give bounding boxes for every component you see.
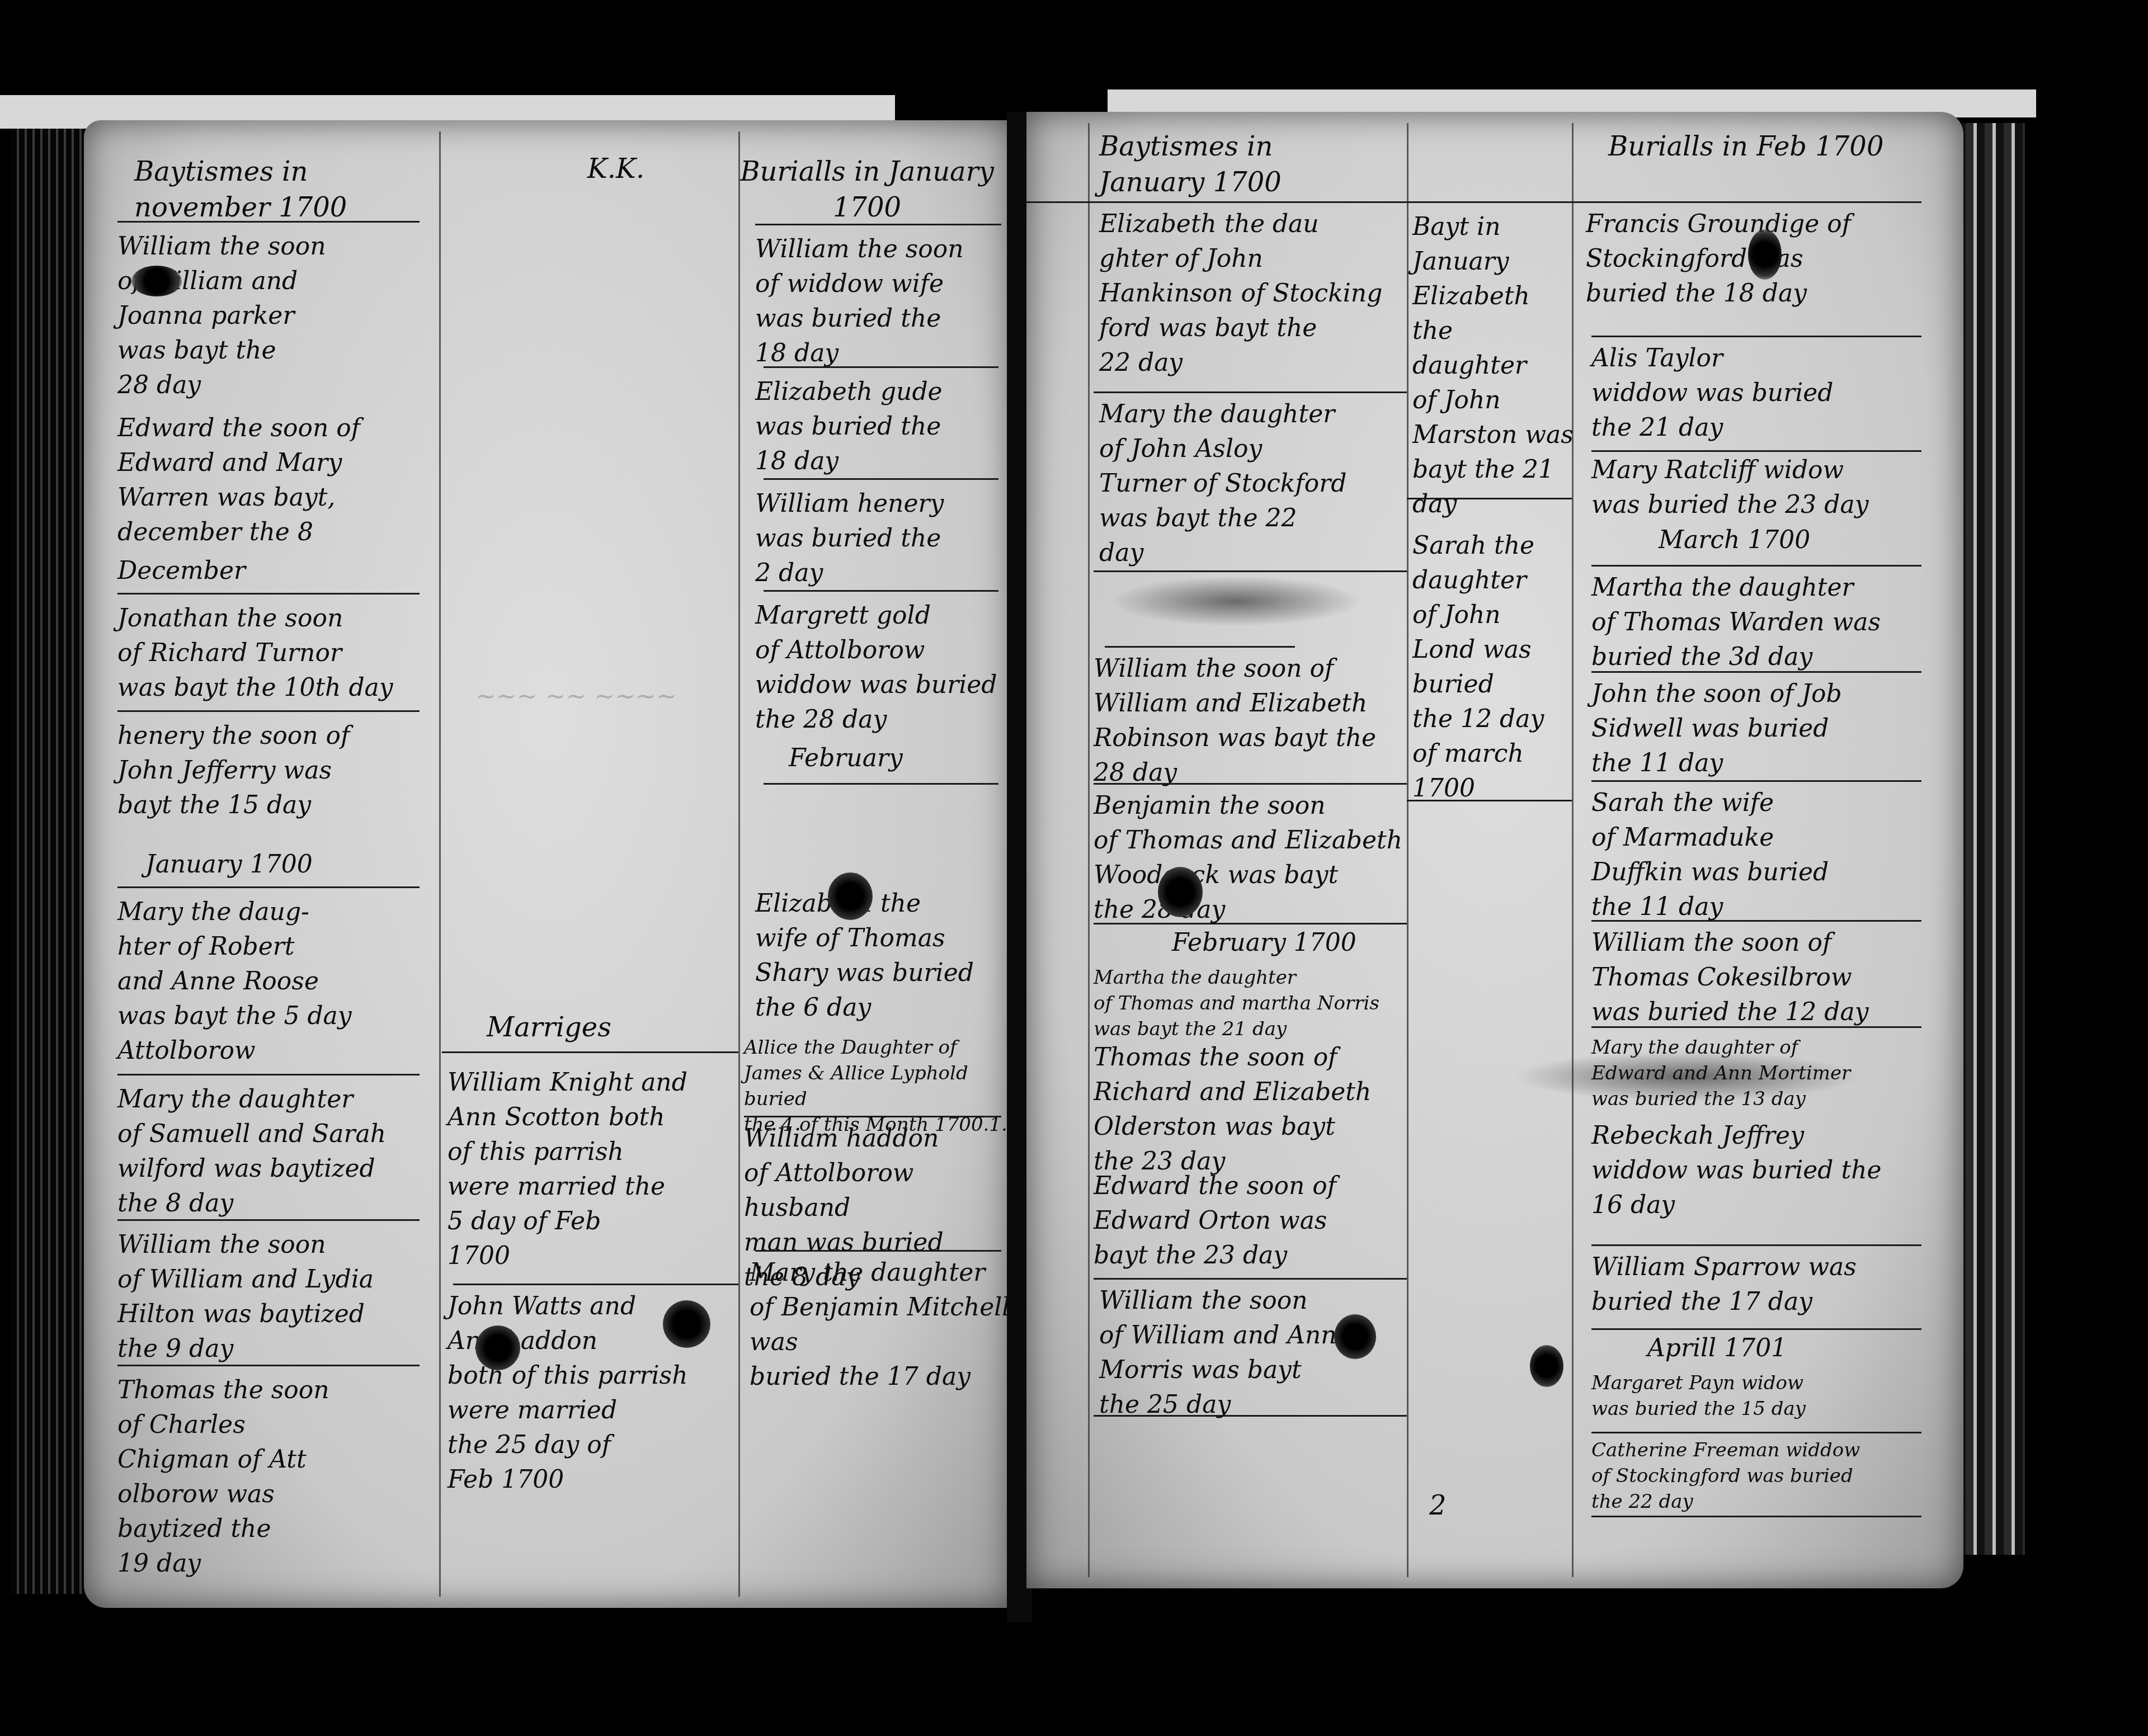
ink-blot [828, 872, 873, 920]
marriage-entry: William Knight and Ann Scotton both of t… [447, 1065, 738, 1273]
rule [117, 1219, 420, 1221]
ink-blot [663, 1300, 710, 1348]
rule [117, 1365, 420, 1366]
baptism-entry: Bayt in January Elizabeth the daughter o… [1412, 210, 1575, 522]
month-label: February [789, 741, 1001, 776]
baptism-entry: Thomas the soon of Charles Chigman of At… [117, 1373, 431, 1581]
left-page-edges [11, 129, 87, 1594]
faint-bleedthrough-text: ~~~ ~~ ~~~~ [475, 680, 710, 714]
month-label: March 1700 [1659, 523, 1910, 558]
month-label: January 1700 [145, 847, 425, 882]
rule [1591, 920, 1921, 922]
baptism-entry: Elizabeth the dau ghter of John Hankinso… [1099, 207, 1412, 380]
rule [1094, 391, 1407, 393]
margin-mark: K.K. [587, 151, 654, 187]
month-label: February 1700 [1172, 926, 1396, 960]
baptism-entry: William the soon of William and Lydia Hi… [117, 1228, 442, 1366]
burial-entry: Elizabeth gude was buried the 18 day [755, 375, 1012, 479]
burial-entry: William henery was buried the 2 day [755, 487, 1012, 591]
rule [764, 590, 998, 592]
marriages-heading: Marriges [487, 1009, 710, 1045]
column-rule [439, 131, 441, 1597]
ink-blot [131, 266, 182, 296]
rule [1591, 671, 1921, 673]
baptism-entry: Martha the daughter of Thomas and martha… [1094, 965, 1424, 1042]
rule [1591, 450, 1921, 452]
burial-entry: Mary the daughter of Benjamin Mitchell w… [750, 1256, 1012, 1394]
rule [744, 1116, 1001, 1117]
baptism-entry: Mary the daug- hter of Robert and Anne R… [117, 895, 431, 1068]
baptism-entry: Edward the soon of Edward and Mary Warre… [117, 411, 431, 550]
baptisms-heading: Baytismes in January 1700 [1099, 129, 1401, 200]
baptism-entry: Mary the daughter of Samuell and Sarah w… [117, 1082, 442, 1221]
rule [117, 593, 420, 595]
rule [117, 1074, 420, 1075]
rule [1094, 923, 1407, 924]
rule [764, 478, 998, 480]
burial-entry: William the soon of widdow wife was buri… [755, 232, 1012, 371]
burial-entry: Margrett gold of Attolborow widdow was b… [755, 598, 1012, 737]
burial-entry: Mary Ratcliff widow was buried the 23 da… [1591, 453, 1933, 522]
footer-mark: 2 [1429, 1488, 1474, 1523]
rule [764, 783, 998, 785]
burial-entry: John the soon of Job Sidwell was buried … [1591, 677, 1933, 781]
rule [442, 1051, 738, 1053]
burial-entry: Margaret Payn widow was buried the 15 da… [1591, 1370, 1938, 1422]
rule [1591, 1244, 1921, 1246]
baptism-entry: Jonathan the soon of Richard Turnor was … [117, 601, 431, 705]
column-rule [1088, 123, 1090, 1577]
baptism-entry: William the soon of William and Elizabet… [1094, 652, 1407, 790]
rule [117, 221, 420, 223]
burial-entry: Elizabeth the wife of Thomas Shary was b… [755, 886, 1012, 1025]
rule [1591, 780, 1921, 782]
burial-entry: Sarah the daughter of John Lond was buri… [1412, 529, 1575, 806]
rule [117, 886, 420, 888]
rule [1591, 1516, 1921, 1517]
baptisms-heading: Baytismes in november 1700 [134, 154, 425, 225]
baptism-entry: Thomas the soon of Richard and Elizabeth… [1094, 1040, 1407, 1179]
rule [755, 1250, 1001, 1252]
rule [755, 224, 1001, 225]
rule [1407, 498, 1572, 499]
burials-heading: Burialls in January 1700 [710, 154, 1024, 225]
rule [1591, 336, 1921, 337]
baptism-entry: Edward the soon of Edward Orton was bayt… [1094, 1169, 1407, 1273]
rule [1094, 783, 1407, 785]
baptism-entry: Mary the daughter of John Asloy Turner o… [1099, 397, 1412, 570]
rule [1591, 1432, 1921, 1433]
baptism-entry: Benjamin the soon of Thomas and Elizabet… [1094, 789, 1418, 927]
month-label: December [117, 554, 431, 588]
rule [1591, 1026, 1921, 1028]
rule [1105, 646, 1295, 648]
burial-entry: Rebeckah Jeffrey widdow was buried the 1… [1591, 1119, 1933, 1223]
ink-blot [475, 1325, 520, 1370]
burials-heading: Burialls in Feb 1700 [1608, 129, 1944, 164]
rule [1591, 1328, 1921, 1330]
smudge [1110, 576, 1362, 626]
ink-blot [1334, 1314, 1376, 1359]
burial-entry: Catherine Freeman widdow of Stockingford… [1591, 1437, 1949, 1515]
rule [1407, 800, 1572, 801]
rule [1094, 1278, 1407, 1280]
baptism-entry: William the soon of William and Joanna p… [117, 229, 431, 403]
rule [1094, 570, 1407, 572]
burial-entry: William Sparrow was buried the 17 day [1591, 1250, 1933, 1319]
rule [1026, 201, 1921, 203]
ink-blot [1748, 229, 1782, 280]
burial-entry: Mary the daughter of Edward and Ann Mort… [1591, 1035, 1938, 1112]
right-page: Baytismes in January 1700 Elizabeth the … [1026, 112, 1963, 1588]
book-spread-scan: Baytismes in november 1700 William the s… [0, 0, 2148, 1736]
ink-blot [1530, 1345, 1563, 1387]
rule [117, 710, 420, 712]
month-label: Aprill 1701 [1647, 1331, 1899, 1366]
baptism-entry: henery the soon of John Jefferry was bay… [117, 719, 431, 823]
rule [764, 366, 998, 368]
rule [453, 1284, 738, 1285]
rule [1591, 565, 1921, 567]
burial-entry: Martha the daughter of Thomas Warden was… [1591, 570, 1933, 674]
burial-entry: Alis Taylor widdow was buried the 21 day [1591, 341, 1933, 445]
burial-entry: Sarah the wife of Marmaduke Duffkin was … [1591, 786, 1933, 924]
ink-blot [1158, 867, 1203, 917]
left-page: Baytismes in november 1700 William the s… [84, 120, 1012, 1608]
burial-entry: William the soon of Thomas Cokesilbrow w… [1591, 926, 1938, 1030]
rule [1094, 1415, 1407, 1417]
